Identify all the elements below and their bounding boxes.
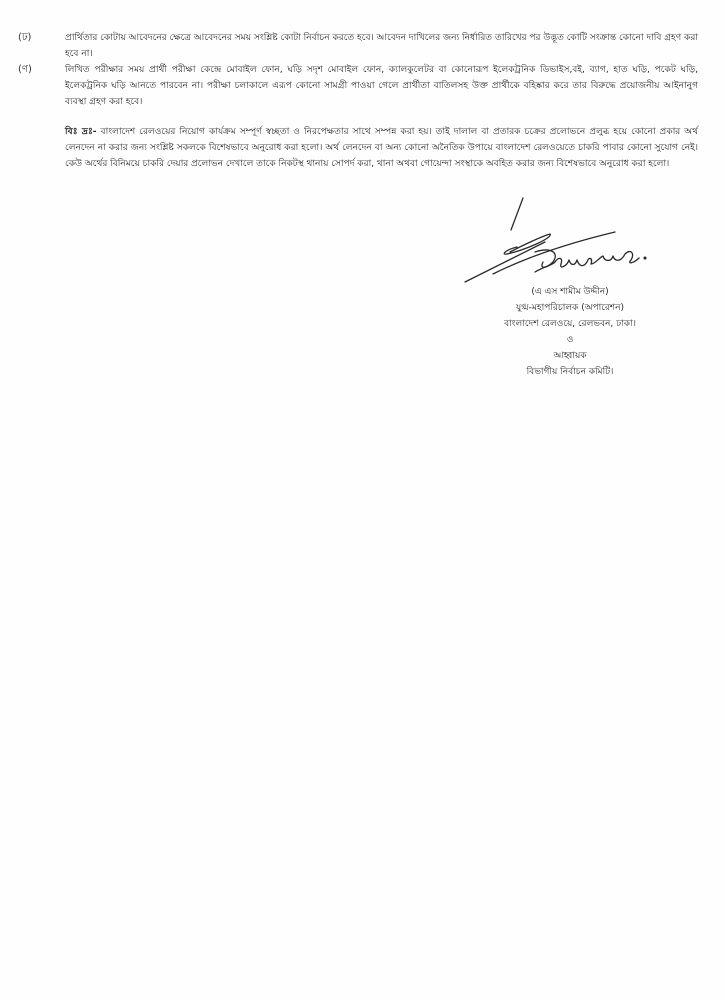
signatory-role: আহ্বায়ক [455, 348, 685, 364]
clause-marker: (ঢ) [18, 30, 31, 46]
clause-na: (ণ) লিখিত পরীক্ষার সময় প্রার্থী পরীক্ষা… [18, 62, 698, 110]
signatory-name: (এ এস শামীম উদ্দীন) [455, 284, 685, 300]
document-page: (ঢ) প্রার্থিতার কোটায় আবেদনের ক্ষেত্রে … [0, 0, 725, 1000]
signatory-conjunction: ও [455, 332, 685, 348]
signatory-designation: যুগ্ম-মহাপরিচালক (অপারেশন) [455, 300, 685, 316]
signatory-office: বাংলাদেশ রেলওয়ে, রেলভবন, ঢাকা। [455, 316, 685, 332]
clause-marker: (ণ) [18, 62, 32, 78]
note-paragraph: বিঃ দ্রঃ- বাংলাদেশ রেলওয়ের নিয়োগ কার্য… [65, 124, 698, 172]
signature-block: (এ এস শামীম উদ্দীন) যুগ্ম-মহাপরিচালক (অপ… [455, 284, 685, 380]
clause-text: প্রার্থিতার কোটায় আবেদনের ক্ষেত্রে আবেদ… [65, 30, 698, 62]
note-text: বাংলাদেশ রেলওয়ের নিয়োগ কার্যক্রম সম্পূ… [65, 126, 698, 169]
signature-icon [455, 192, 685, 292]
signatory-committee: বিভাগীয় নির্বাচন কমিটি। [455, 364, 685, 380]
clause-text: লিখিত পরীক্ষার সময় প্রার্থী পরীক্ষা কেন… [65, 62, 698, 110]
clause-dha: (ঢ) প্রার্থিতার কোটায় আবেদনের ক্ষেত্রে … [18, 30, 698, 62]
note-label: বিঃ দ্রঃ- [65, 126, 96, 137]
